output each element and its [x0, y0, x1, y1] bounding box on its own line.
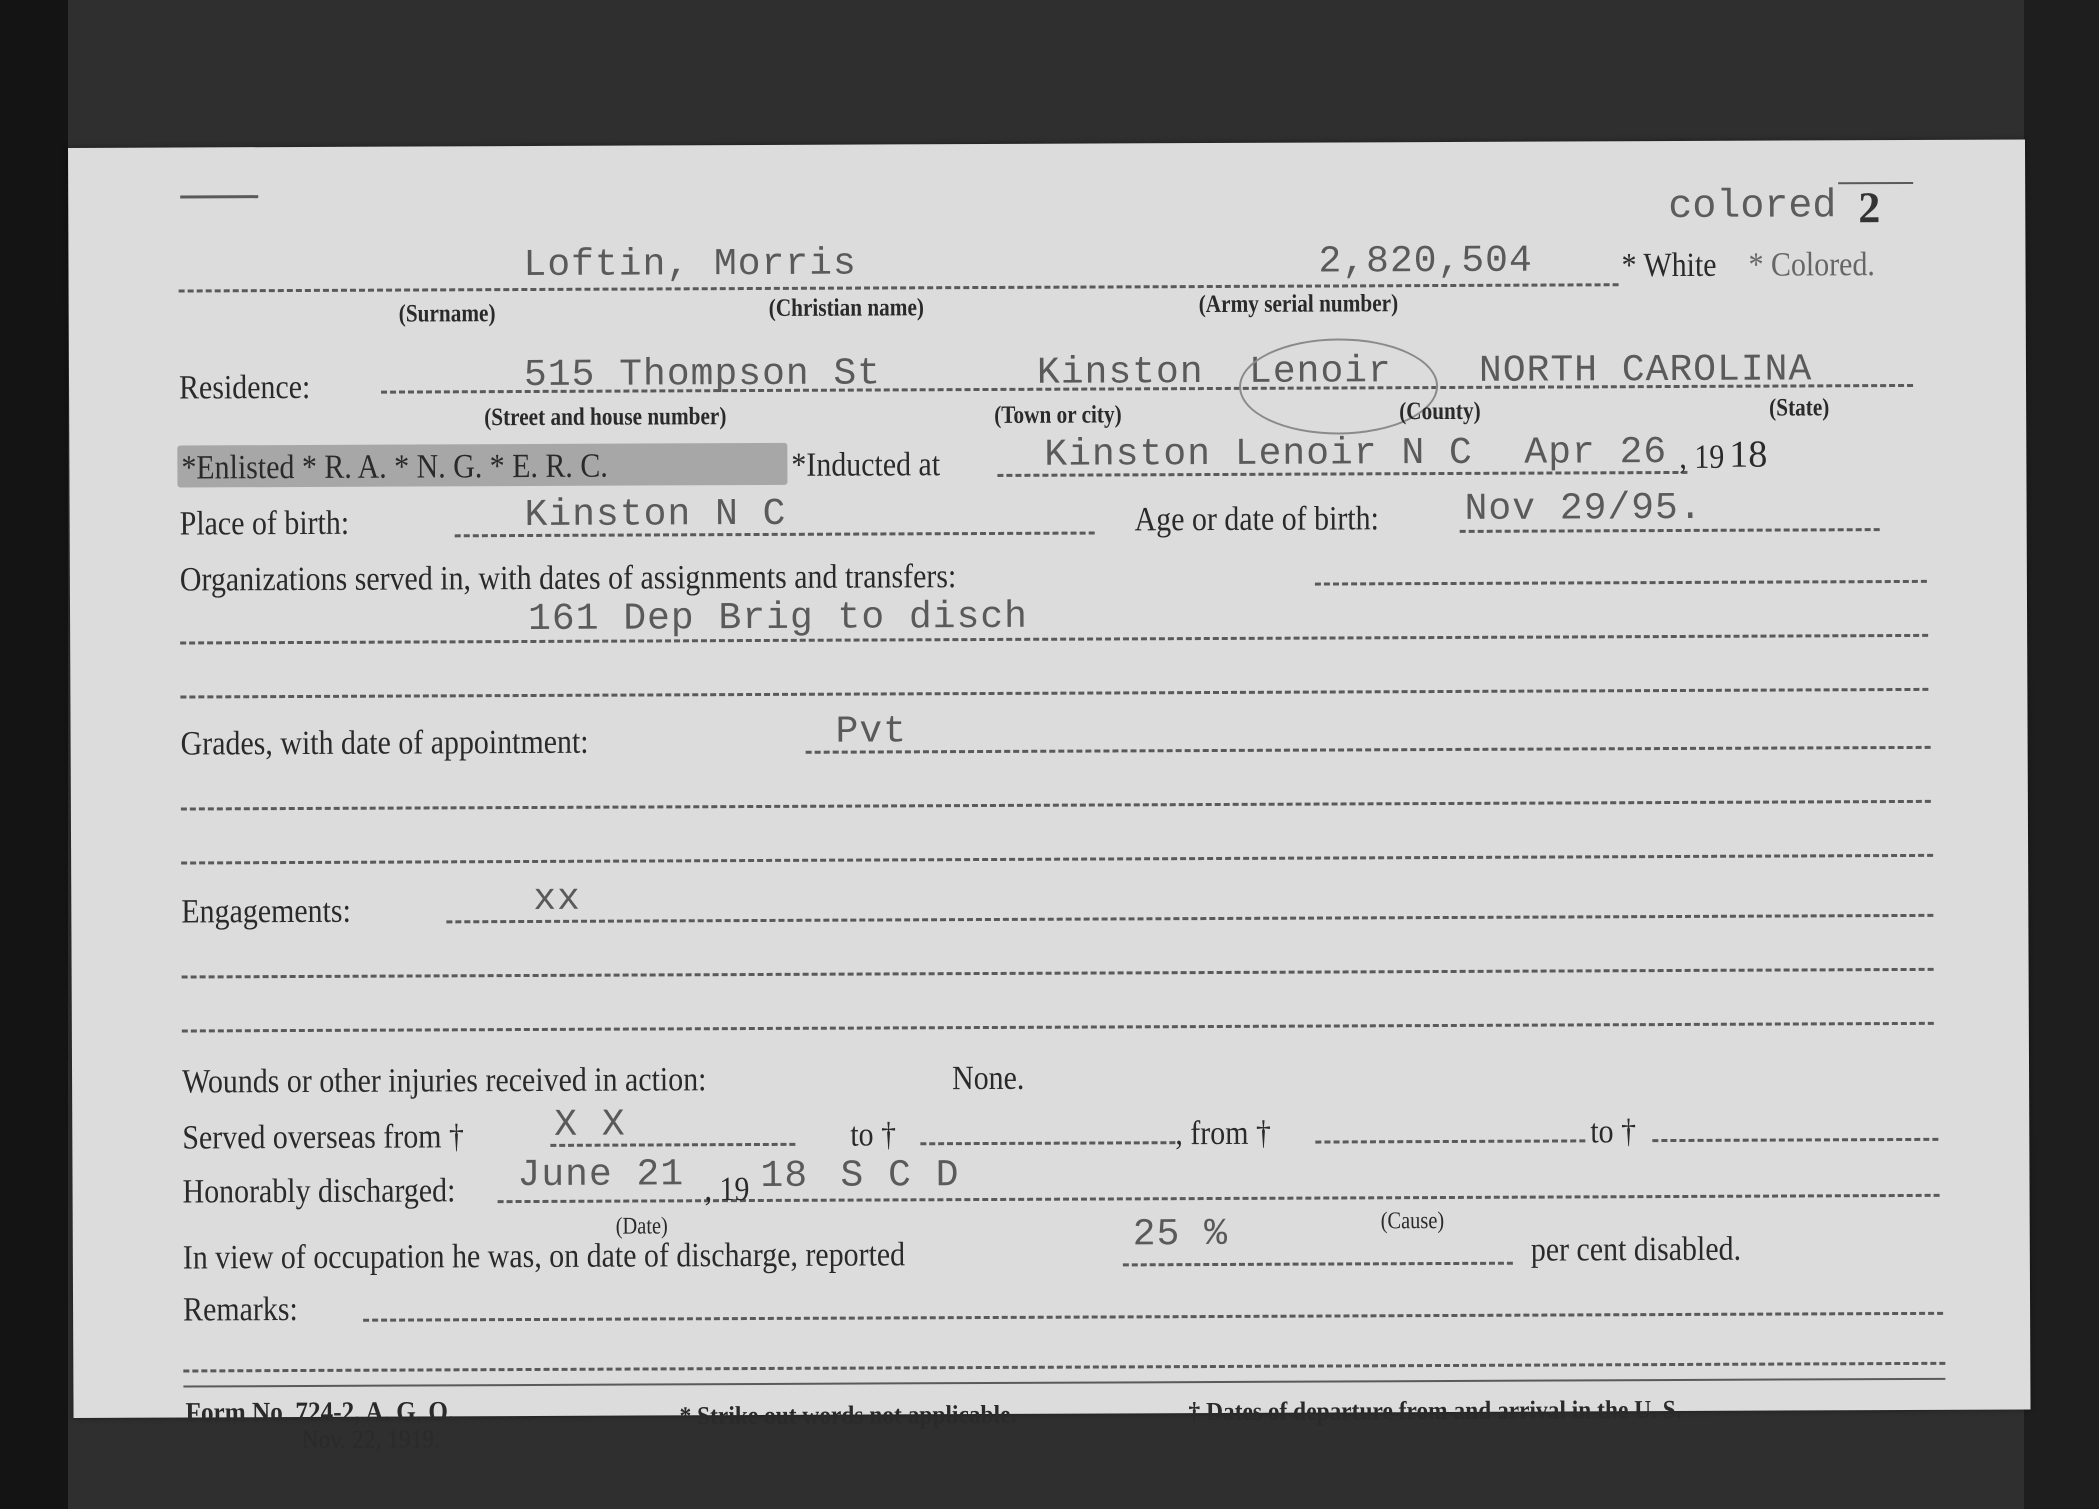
- service-record-card: colored 2 Loftin, Morris 2,820,504 * Whi…: [68, 139, 2031, 1418]
- name-line: [179, 283, 1619, 292]
- age-value: Nov 29/95.: [1464, 487, 1702, 531]
- grades-label: Grades, with date of appointment:: [181, 724, 589, 764]
- colored-note: colored: [1668, 184, 1836, 230]
- organizations-line-3: [180, 688, 1928, 699]
- inducted-place: Kinston Lenoir N C: [1044, 432, 1473, 477]
- card-number: 2: [1858, 182, 1880, 233]
- residence-street: 515 Thompson St: [524, 352, 881, 397]
- organizations-value: 161 Dep Brig to disch: [528, 596, 1028, 641]
- inducted-year-prefix: , 19: [1679, 439, 1724, 477]
- organizations-line-1: [1315, 580, 1927, 586]
- organizations-line-2: [180, 634, 1928, 645]
- town-caption: (Town or city): [994, 401, 1122, 430]
- footer-divider: [183, 1378, 1945, 1388]
- overseas-to2-label: to †: [1590, 1113, 1636, 1151]
- discharge-date: June 21: [517, 1153, 684, 1197]
- county-caption: (County): [1399, 398, 1481, 426]
- street-caption: (Street and house number): [484, 403, 726, 432]
- overseas-label: Served overseas from †: [182, 1118, 464, 1157]
- birthplace-label: Place of birth:: [180, 505, 350, 544]
- dagger-note: † Dates of departure from and arrival in…: [1188, 1395, 1681, 1427]
- wounds-value: None.: [952, 1060, 1024, 1098]
- form-date: Nov. 22, 1919.: [302, 1424, 440, 1455]
- engagements-value: xx: [533, 878, 581, 921]
- grades-line-1: [806, 746, 1931, 754]
- residence-town: Kinston: [1037, 351, 1204, 395]
- disability-label: In view of occupation he was, on date of…: [183, 1236, 905, 1277]
- overseas-to2-line: [1652, 1138, 1938, 1142]
- disability-value: 25 %: [1133, 1213, 1228, 1256]
- strike-out-note: * Strike out words not applicable.: [679, 1400, 1016, 1431]
- inducted-year-suffix: 18: [1729, 433, 1767, 477]
- engagements-line-3: [182, 1022, 1934, 1033]
- overseas-from2-line: [1315, 1139, 1585, 1143]
- disability-suffix: per cent disabled.: [1531, 1231, 1741, 1270]
- enlisted-struck-label: *Enlisted * R. A. * N. G. * E. R. C.: [181, 448, 608, 488]
- age-label: Age or date of birth:: [1135, 500, 1379, 539]
- remarks-label: Remarks:: [183, 1291, 298, 1330]
- race-white: * White: [1621, 247, 1716, 285]
- state-caption: (State): [1769, 394, 1829, 422]
- discharge-label: Honorably discharged:: [182, 1172, 455, 1211]
- overseas-from-value: X X: [554, 1104, 626, 1147]
- scan-border-right: [2024, 0, 2099, 1509]
- organizations-label: Organizations served in, with dates of a…: [180, 558, 957, 599]
- scan-border-left: [0, 0, 68, 1509]
- remarks-line-1: [363, 1312, 1943, 1322]
- inducted-date: Apr 26: [1524, 431, 1667, 475]
- engagements-line-1: [446, 914, 1933, 923]
- race-colored: * Colored.: [1748, 246, 1874, 285]
- top-left-mark: [180, 195, 258, 198]
- discharge-cause-caption: (Cause): [1381, 1208, 1445, 1235]
- grades-line-3: [181, 854, 1933, 865]
- birthplace-value: Kinston N C: [525, 493, 787, 537]
- overseas-to-label: to †: [850, 1116, 896, 1154]
- serial-value: 2,820,504: [1318, 240, 1532, 284]
- remarks-line-2: [183, 1362, 1945, 1373]
- disability-line: [1123, 1262, 1513, 1267]
- engagements-line-2: [182, 968, 1934, 979]
- surname-caption: (Surname): [399, 300, 496, 328]
- serial-caption: (Army serial number): [1199, 290, 1399, 319]
- inducted-label: *Inducted at: [791, 446, 940, 485]
- name-value: Loftin, Morris: [523, 243, 856, 287]
- overseas-from2-label: , from †: [1175, 1115, 1271, 1153]
- engagements-label: Engagements:: [181, 893, 351, 932]
- wounds-label: Wounds or other injuries received in act…: [182, 1061, 707, 1101]
- christian-name-caption: (Christian name): [769, 294, 924, 323]
- grades-line-2: [181, 800, 1931, 811]
- residence-label: Residence:: [179, 369, 310, 408]
- discharge-year-prefix: , 19: [704, 1171, 749, 1209]
- discharge-cause: S C D: [840, 1154, 959, 1198]
- overseas-to-line: [920, 1141, 1175, 1145]
- discharge-year-suffix: 18: [760, 1155, 808, 1198]
- grades-value: Pvt: [835, 710, 907, 753]
- residence-state: NORTH CAROLINA: [1479, 348, 1812, 392]
